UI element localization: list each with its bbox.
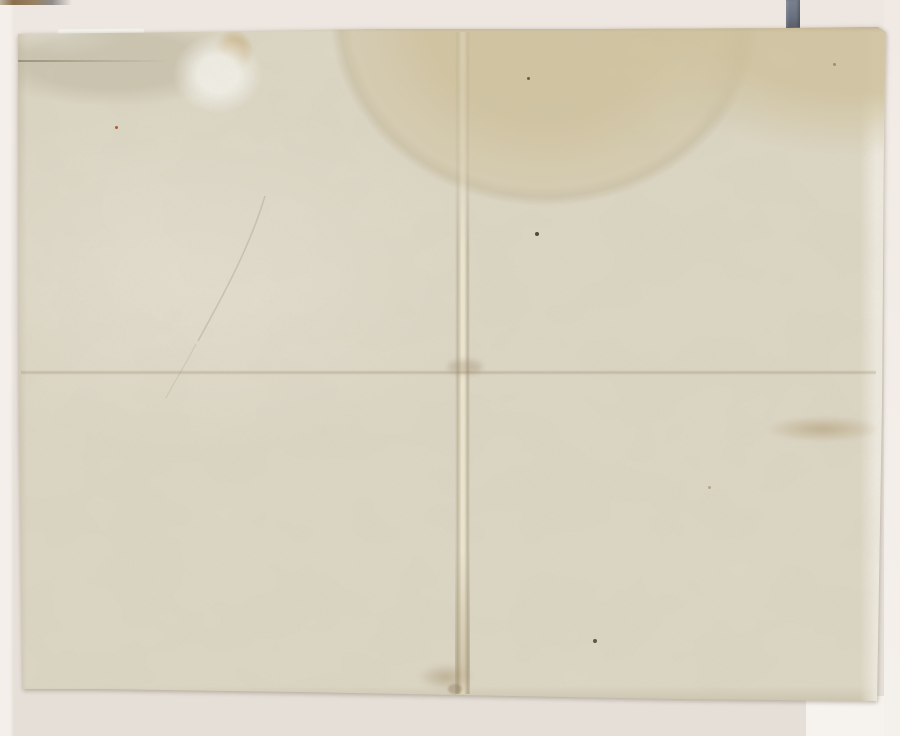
- mount-strip-left: [0, 0, 14, 736]
- fox-spot: [708, 486, 711, 489]
- mount-strip-right: [884, 0, 900, 736]
- ink-speck: [527, 77, 530, 80]
- paper-sheet-wrap: [18, 26, 886, 702]
- fox-spot: [833, 63, 836, 66]
- edge-crease: [18, 60, 168, 62]
- bottom-fold-stain: [418, 664, 474, 690]
- fold-crossing-stain: [448, 360, 482, 374]
- mount-clip: [786, 0, 800, 29]
- ink-speck: [535, 232, 539, 236]
- bottom-fold-dot: [448, 684, 462, 694]
- ink-speck: [593, 639, 597, 643]
- photo-stage: Photograph of the blank verso of an aged…: [0, 0, 900, 736]
- frame-edge-sliver: [0, 0, 72, 5]
- red-fox-spot: [115, 126, 118, 129]
- horizontal-fold: [21, 370, 876, 375]
- mount-strip-bottom: [806, 696, 884, 736]
- paper-sheet: [18, 26, 886, 702]
- brown-smudge: [766, 416, 880, 442]
